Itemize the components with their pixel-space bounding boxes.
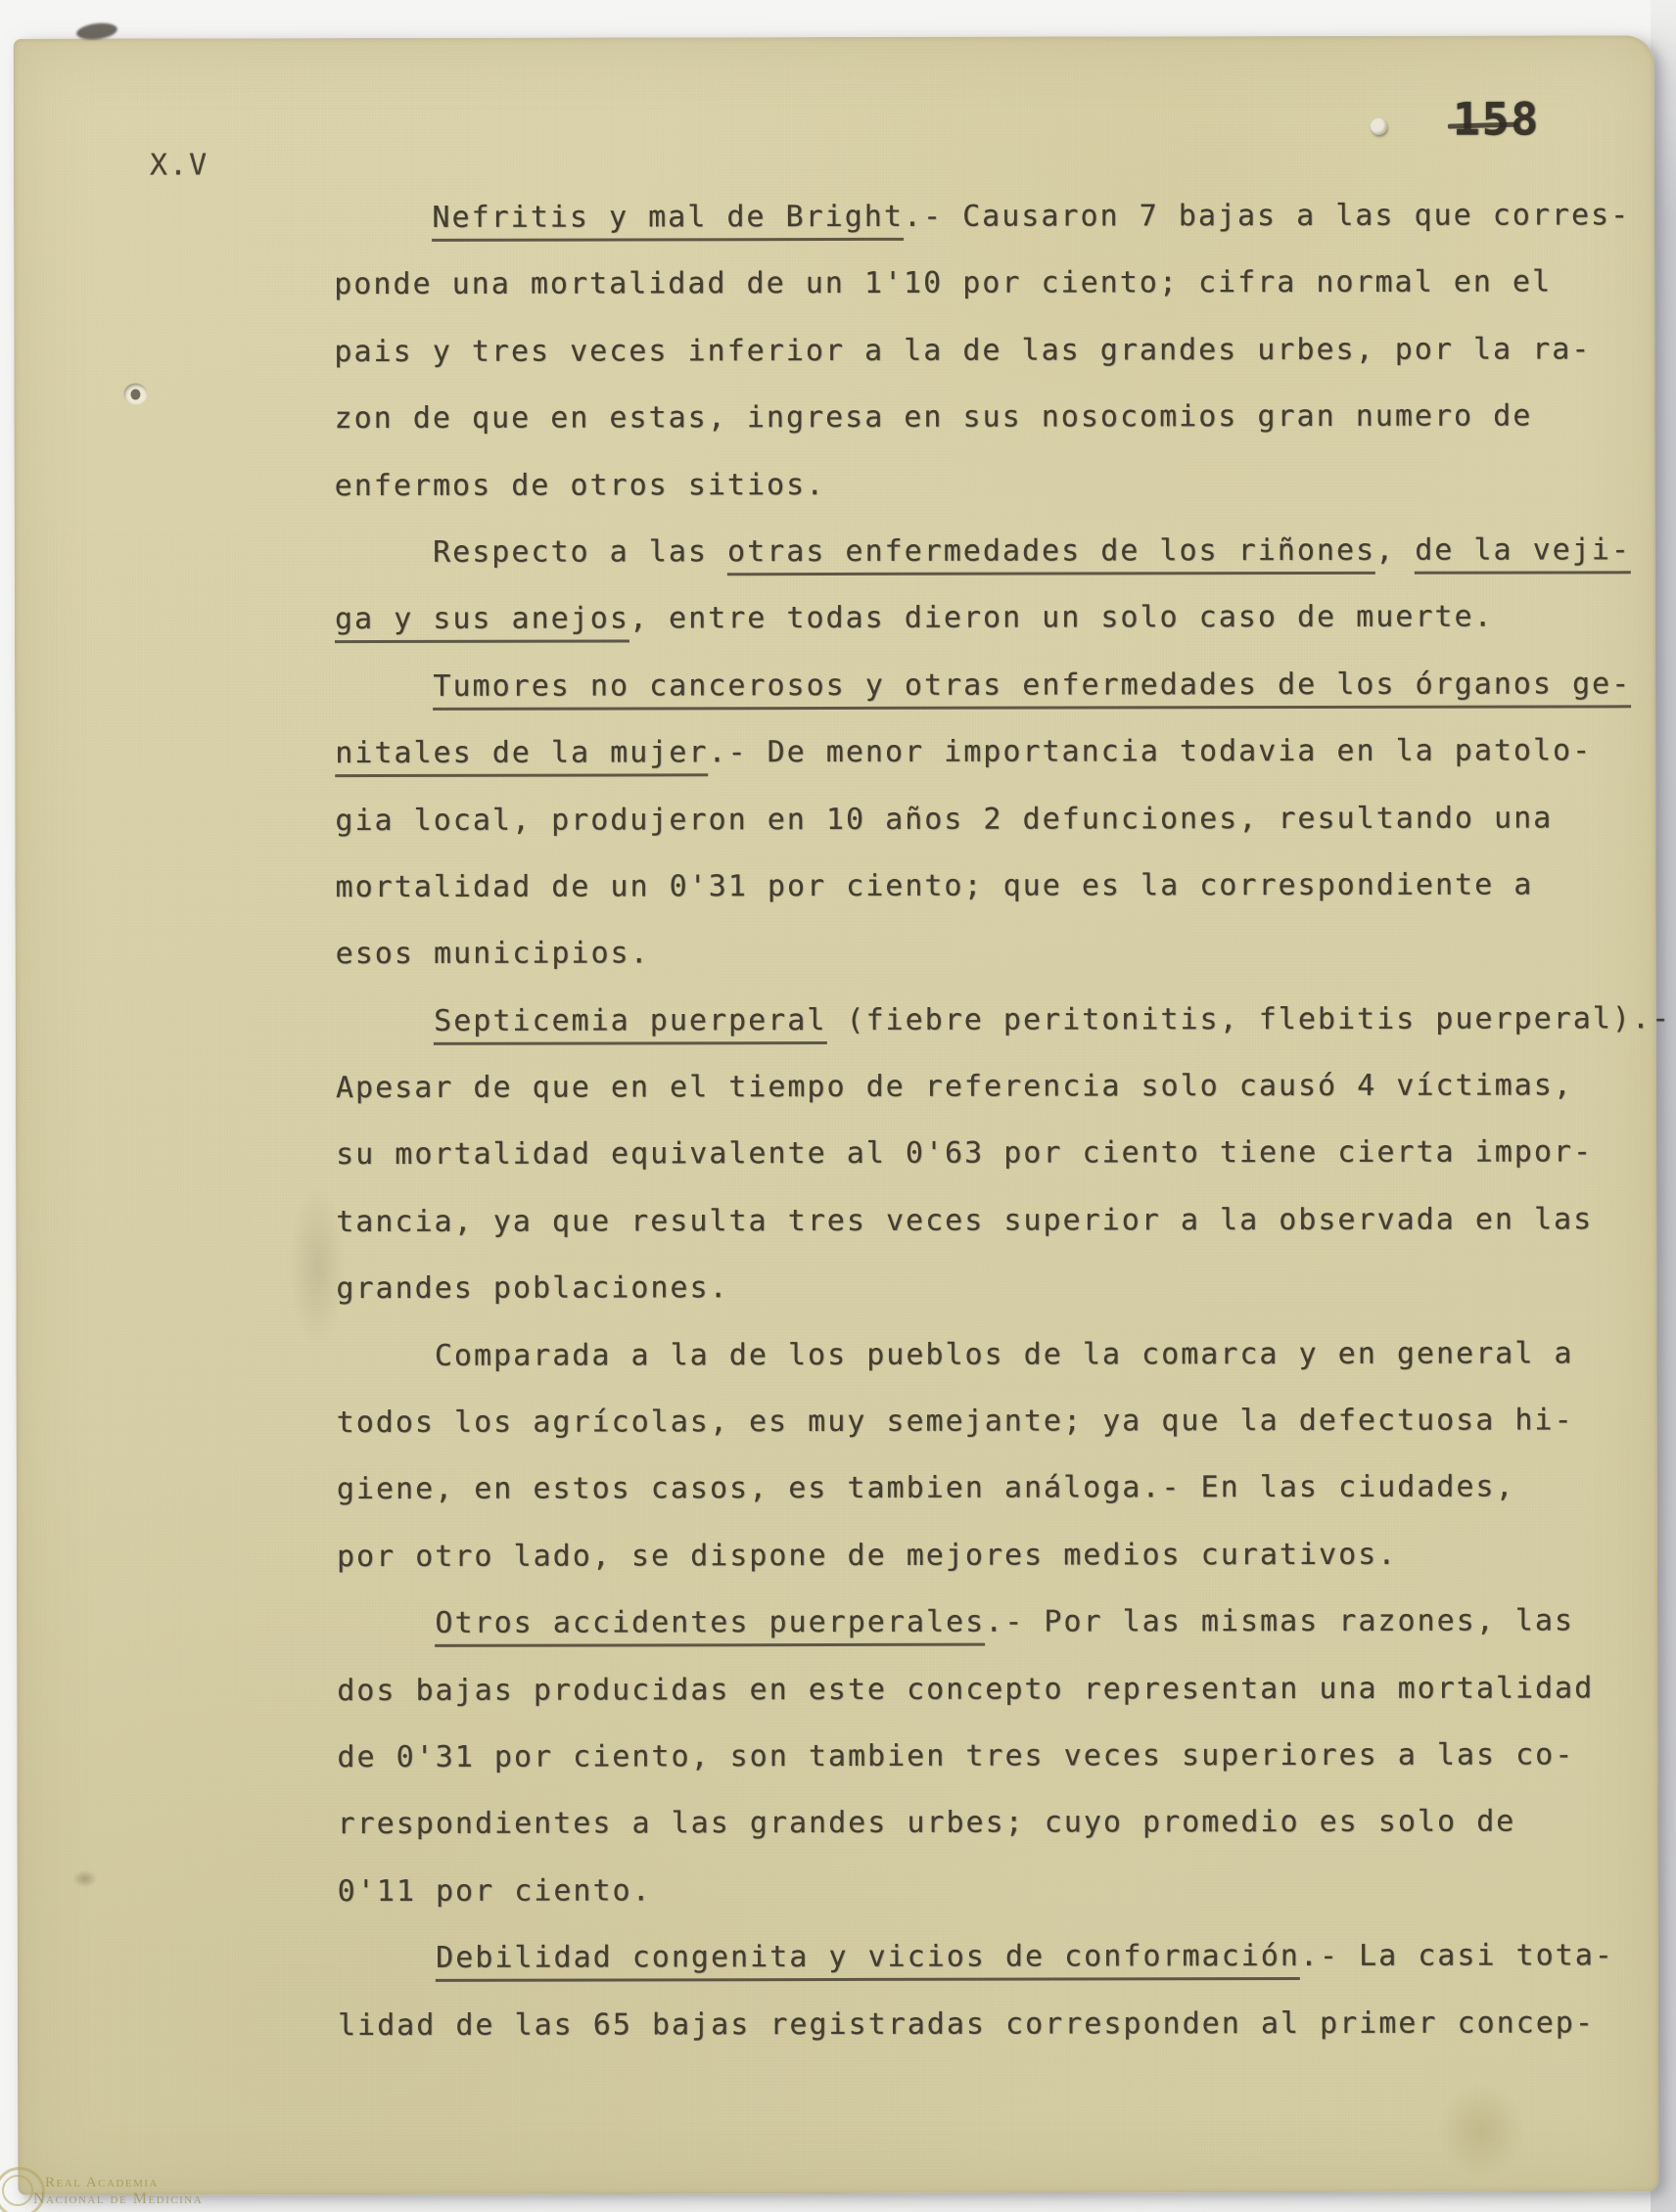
text-line: ponde una mortalidad de un 1'10 por cien… bbox=[334, 250, 1636, 319]
text-line: nitales de la mujer.- De menor importanc… bbox=[335, 717, 1637, 787]
text-segment: esos municipios. bbox=[336, 937, 650, 972]
underlined-text-segment: Septicemia puerperal bbox=[434, 1003, 826, 1045]
text-line: todos los agrícolas, es muy semejante; y… bbox=[337, 1387, 1639, 1456]
text-line: Nefritis y mal de Bright.- Causaron 7 ba… bbox=[334, 182, 1636, 252]
watermark-text-line2: Nacional de Medicina bbox=[33, 2190, 203, 2208]
text-line: ga y sus anejos, entre todas dieron un s… bbox=[335, 584, 1637, 654]
text-line: giene, en estos casos, es tambien análog… bbox=[337, 1454, 1639, 1524]
text-segment: Comparada a la de los pueblos de la coma… bbox=[336, 1336, 1573, 1373]
underlined-text-segment: Otros accidentes puerperales bbox=[435, 1605, 985, 1647]
text-line: 0'11 por ciento. bbox=[338, 1856, 1640, 1925]
text-segment: su mortalidad equivalente al 0'63 por ci… bbox=[336, 1135, 1593, 1173]
text-line: gia local, produjeron en 10 años 2 defun… bbox=[335, 785, 1637, 854]
text-line: lidad de las 65 bajas registradas corres… bbox=[338, 1990, 1640, 2059]
text-segment: rrespondientes a las grandes urbes; cuyo… bbox=[337, 1805, 1515, 1842]
text-line: pais y tres veces inferior a la de las g… bbox=[334, 316, 1636, 386]
text-line: rrespondientes a las grandes urbes; cuyo… bbox=[337, 1789, 1639, 1859]
text-segment: todos los agrícolas, es muy semejante; y… bbox=[337, 1403, 1574, 1440]
text-line: Apesar de que en el tiempo de referencia… bbox=[336, 1052, 1638, 1122]
text-segment: 0'11 por ciento. bbox=[338, 1873, 652, 1909]
text-line: Septicemia puerperal (fiebre peritonitis… bbox=[336, 986, 1638, 1055]
text-segment: lidad de las 65 bajas registradas corres… bbox=[338, 2005, 1595, 2043]
document-page: X.V 158 Nefritis y mal de Bright.- Causa… bbox=[14, 35, 1659, 2195]
underlined-text-segment: otras enfermedades de los riñones bbox=[727, 533, 1375, 576]
text-segment: por otro lado, se dispone de mejores med… bbox=[337, 1538, 1397, 1574]
text-segment: Respecto a las bbox=[335, 534, 727, 570]
text-line: por otro lado, se dispone de mejores med… bbox=[337, 1521, 1639, 1590]
text-segment: dos bajas producidas en este concepto re… bbox=[337, 1671, 1594, 1708]
text-segment: giene, en estos casos, es tambien análog… bbox=[337, 1470, 1515, 1507]
text-line: zon de que en estas, ingresa en sus noso… bbox=[334, 383, 1636, 452]
text-segment: ponde una mortalidad de un 1'10 por cien… bbox=[334, 265, 1552, 302]
text-segment: grandes poblaciones. bbox=[336, 1270, 728, 1306]
text-line: tancia, ya que resulta tres veces superi… bbox=[336, 1186, 1638, 1256]
text-segment: , bbox=[1375, 533, 1415, 568]
text-segment: mortalidad de un 0'31 por ciento; que es… bbox=[335, 867, 1533, 904]
paper-speck bbox=[1371, 118, 1387, 135]
text-line: esos municipios. bbox=[336, 919, 1638, 989]
text-line: Otros accidentes puerperales.- Por las m… bbox=[337, 1588, 1639, 1657]
page-number: 158 bbox=[1453, 92, 1540, 145]
text-segment: gia local, produjeron en 10 años 2 defun… bbox=[335, 801, 1553, 838]
text-line: de 0'31 por ciento, son tambien tres vec… bbox=[337, 1722, 1639, 1791]
text-segment: .- La casi tota- bbox=[1300, 1938, 1614, 1973]
text-segment bbox=[334, 201, 432, 235]
underlined-text-segment: de la veji- bbox=[1415, 532, 1631, 574]
paper-stain bbox=[278, 1154, 356, 1379]
text-segment: enfermos de otros sitios. bbox=[335, 468, 826, 503]
typewritten-text: Nefritis y mal de Bright.- Causaron 7 ba… bbox=[334, 182, 1640, 2059]
text-segment bbox=[336, 1004, 434, 1038]
text-segment: .- De menor importancia todavia en la pa… bbox=[708, 734, 1592, 770]
underlined-text-segment: Debilidad congenita y vicios de conforma… bbox=[436, 1939, 1300, 1982]
text-segment: pais y tres veces inferior a la de las g… bbox=[334, 332, 1591, 369]
text-line: Tumores no cancerosos y otras enfermedad… bbox=[335, 651, 1637, 720]
underlined-text-segment: Nefritis y mal de Bright bbox=[432, 200, 904, 242]
watermark-text-line1: Real Academia bbox=[45, 2175, 159, 2191]
text-segment: , entre todas dieron un solo caso de mue… bbox=[629, 600, 1494, 636]
text-segment: .- Causaron 7 bajas a las que corres- bbox=[904, 198, 1630, 234]
paper-blemish bbox=[69, 1867, 102, 1891]
text-segment: zon de que en estas, ingresa en sus noso… bbox=[334, 399, 1532, 437]
text-segment bbox=[335, 669, 433, 704]
text-line: grandes poblaciones. bbox=[336, 1254, 1638, 1323]
text-segment: (fiebre peritonitis, flebitis puerperal)… bbox=[826, 1001, 1671, 1037]
text-segment: tancia, ya que resulta tres veces superi… bbox=[336, 1202, 1593, 1239]
underlined-text-segment: nitales de la mujer bbox=[335, 735, 708, 777]
text-segment: de 0'31 por ciento, son tambien tres vec… bbox=[337, 1737, 1574, 1774]
paper-stain bbox=[1418, 2061, 1545, 2198]
text-line: mortalidad de un 0'31 por ciento; que es… bbox=[335, 852, 1637, 921]
underlined-text-segment: ga y sus anejos bbox=[335, 602, 629, 644]
underlined-text-segment: Tumores no cancerosos y otras enfermedad… bbox=[433, 667, 1631, 711]
text-segment: Apesar de que en el tiempo de referencia… bbox=[336, 1069, 1573, 1106]
text-line: dos bajas producidas en este concepto re… bbox=[337, 1655, 1639, 1725]
text-line: enfermos de otros sitios. bbox=[335, 450, 1637, 520]
text-line: Comparada a la de los pueblos de la coma… bbox=[336, 1320, 1638, 1390]
text-line: Respecto a las otras enfermedades de los… bbox=[335, 517, 1637, 586]
text-line: su mortalidad equivalente al 0'63 por ci… bbox=[336, 1120, 1638, 1189]
text-segment bbox=[338, 1941, 436, 1975]
section-label: X.V bbox=[150, 148, 209, 182]
text-line: Debilidad congenita y vicios de conforma… bbox=[338, 1922, 1640, 1992]
watermark-emblem-inner-ring bbox=[2, 2175, 33, 2206]
paper-hole-center bbox=[130, 389, 140, 399]
text-segment bbox=[337, 1606, 435, 1640]
scan-background: X.V 158 Nefritis y mal de Bright.- Causa… bbox=[0, 0, 1676, 2212]
text-segment: .- Por las mismas razones, las bbox=[985, 1604, 1574, 1639]
